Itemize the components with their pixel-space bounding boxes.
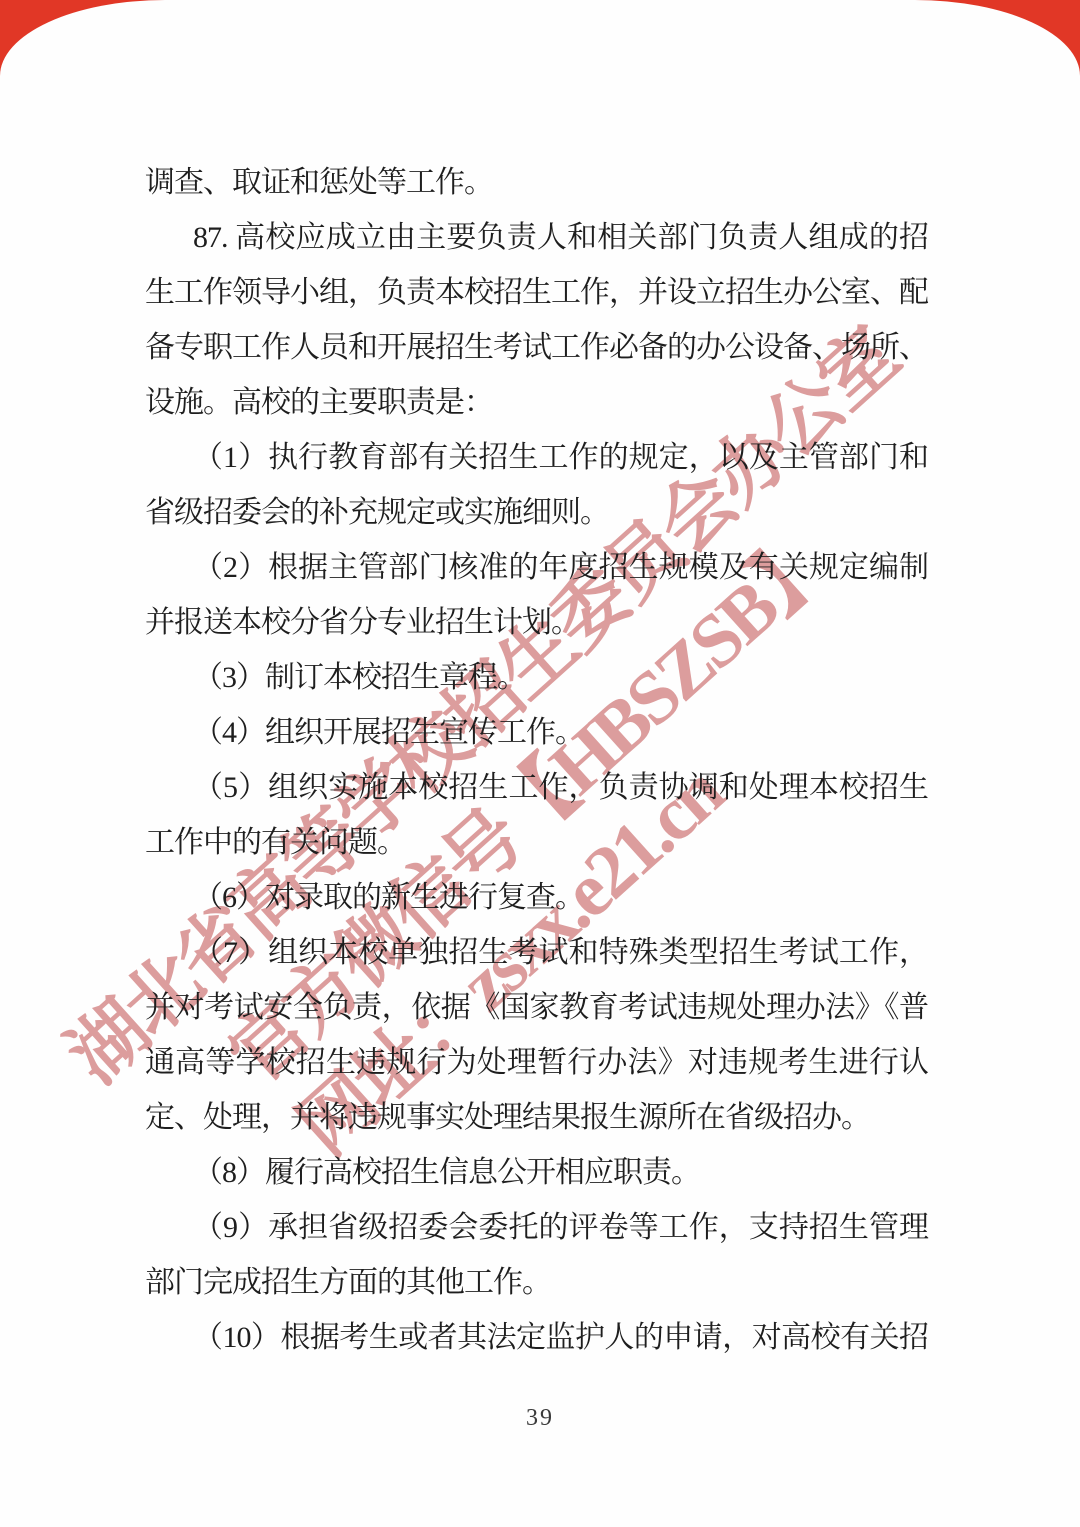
text-line: （6）对录取的新生进行复查。 bbox=[145, 870, 928, 925]
document-page: 湖北省高等学校招生委员会办公室 官方微信号【HBSZSB】 网址：zsxx.e2… bbox=[0, 0, 1080, 1527]
text-line: 部门完成招生方面的其他工作。 bbox=[145, 1255, 928, 1310]
text-line: 并报送本校分省分专业招生计划。 bbox=[145, 595, 928, 650]
page-top-rounding bbox=[0, 0, 1080, 76]
text-line: （4）组织开展招生宣传工作。 bbox=[145, 705, 928, 760]
text-line: （5）组织实施本校招生工作，负责协调和处理本校招生 bbox=[145, 760, 928, 815]
text-line: 工作中的有关问题。 bbox=[145, 815, 928, 870]
text-line: 调查、取证和惩处等工作。 bbox=[145, 155, 928, 210]
text-line: 并对考试安全负责，依据《国家教育考试违规处理办法》《普 bbox=[145, 980, 928, 1035]
text-line: 备专职工作人员和开展招生考试工作必备的办公设备、场所、 bbox=[145, 320, 928, 375]
text-line: （2）根据主管部门核准的年度招生规模及有关规定编制 bbox=[145, 540, 928, 595]
text-line: 定、处理，并将违规事实处理结果报生源所在省级招办。 bbox=[145, 1090, 928, 1145]
text-line: 87. 高校应成立由主要负责人和相关部门负责人组成的招 bbox=[145, 210, 928, 265]
text-line: 生工作领导小组，负责本校招生工作，并设立招生办公室、配 bbox=[145, 265, 928, 320]
text-line: （7）组织本校单独招生考试和特殊类型招生考试工作， bbox=[145, 925, 928, 980]
text-line: （3）制订本校招生章程。 bbox=[145, 650, 928, 705]
text-line: （1）执行教育部有关招生工作的规定，以及主管部门和 bbox=[145, 430, 928, 485]
text-line: （10）根据考生或者其法定监护人的申请，对高校有关招 bbox=[145, 1310, 928, 1365]
document-lines: 调查、取证和惩处等工作。87. 高校应成立由主要负责人和相关部门负责人组成的招生… bbox=[145, 155, 928, 1365]
text-line: 通高等学校招生违规行为处理暂行办法》对违规考生进行认 bbox=[145, 1035, 928, 1090]
text-line: 省级招委会的补充规定或实施细则。 bbox=[145, 485, 928, 540]
text-line: 设施。高校的主要职责是： bbox=[145, 375, 928, 430]
page-number: 39 bbox=[0, 1405, 1080, 1432]
text-line: （9）承担省级招委会委托的评卷等工作，支持招生管理 bbox=[145, 1200, 928, 1255]
text-line: （8）履行高校招生信息公开相应职责。 bbox=[145, 1145, 928, 1200]
